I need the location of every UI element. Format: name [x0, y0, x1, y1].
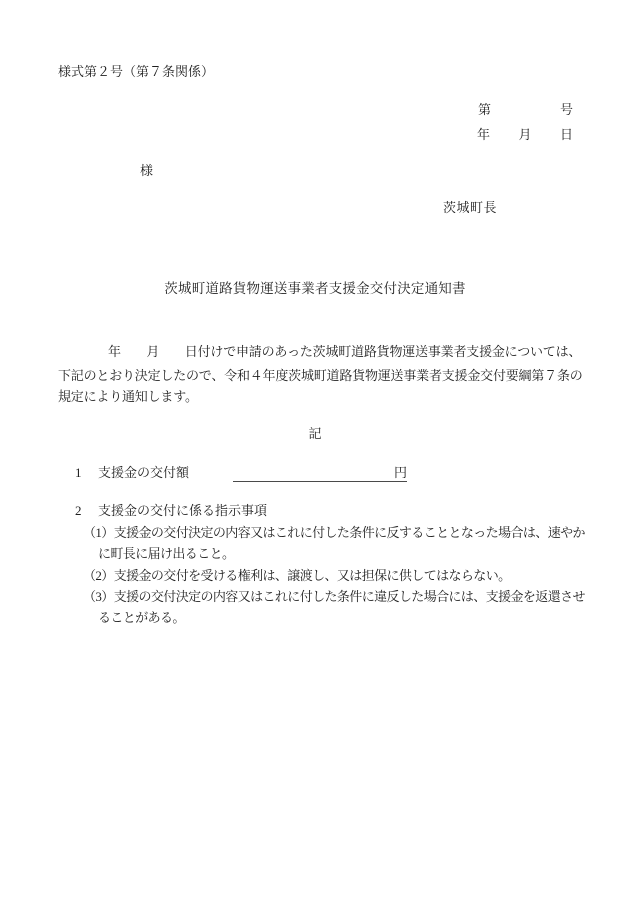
item-1-number: 1 [75, 464, 98, 481]
clause-2-line: （2）支援金の交付を受ける権利は、譲渡し、又は担保に供してはならない。 [83, 567, 511, 584]
clause-3-line-2: ることがある。 [98, 609, 185, 626]
body-line-1: 年 月 日付けで申請のあった茨城町道路貨物運送事業者支援金については、 [108, 343, 581, 360]
month-label: 月 [518, 126, 531, 143]
sender-name: 茨城町長 [443, 199, 497, 216]
day-label: 日 [560, 126, 573, 143]
clause-1-line-2: に町長に届け出ること。 [98, 545, 234, 562]
doc-number-line: 第 号 [478, 101, 573, 118]
year-label: 年 [477, 126, 490, 143]
clause-1-line-1: （1）支援金の交付決定の内容又はこれに付した条件に反することとなった場合は、速や… [83, 524, 585, 541]
body-line-3: 規定により通知します。 [58, 388, 198, 405]
doc-number-prefix: 第 [478, 101, 491, 118]
item-1-row: 1支援金の交付額円 [75, 464, 407, 481]
item-2-row: 2支援金の交付に係る指示事項 [75, 502, 267, 519]
body-line-2: 下記のとおり決定したので、令和４年度茨城町道路貨物運送事業者支援金交付要綱第７条… [58, 367, 583, 384]
amount-blank-field: 円 [233, 464, 407, 482]
addressee-honorific: 様 [140, 162, 153, 179]
form-number: 様式第２号（第７条関係） [58, 63, 214, 80]
doc-number-suffix: 号 [560, 101, 573, 118]
item-1-label: 支援金の交付額 [98, 465, 189, 480]
item-2-number: 2 [75, 502, 98, 519]
date-line: 年 月 日 [477, 126, 573, 143]
item-2-label: 支援金の交付に係る指示事項 [98, 503, 267, 518]
document-title: 茨城町道路貨物運送事業者支援金交付決定通知書 [0, 280, 630, 297]
amount-unit-label: 円 [394, 465, 407, 480]
document-page: 様式第２号（第７条関係） 第 号 年 月 日 様 茨城町長 茨城町道路貨物運送事… [0, 0, 630, 903]
clause-3-line-1: （3）支援の交付決定の内容又はこれに付した条件に違反した場合には、支援金を返還さ… [83, 588, 585, 605]
ki-heading: 記 [0, 425, 630, 442]
